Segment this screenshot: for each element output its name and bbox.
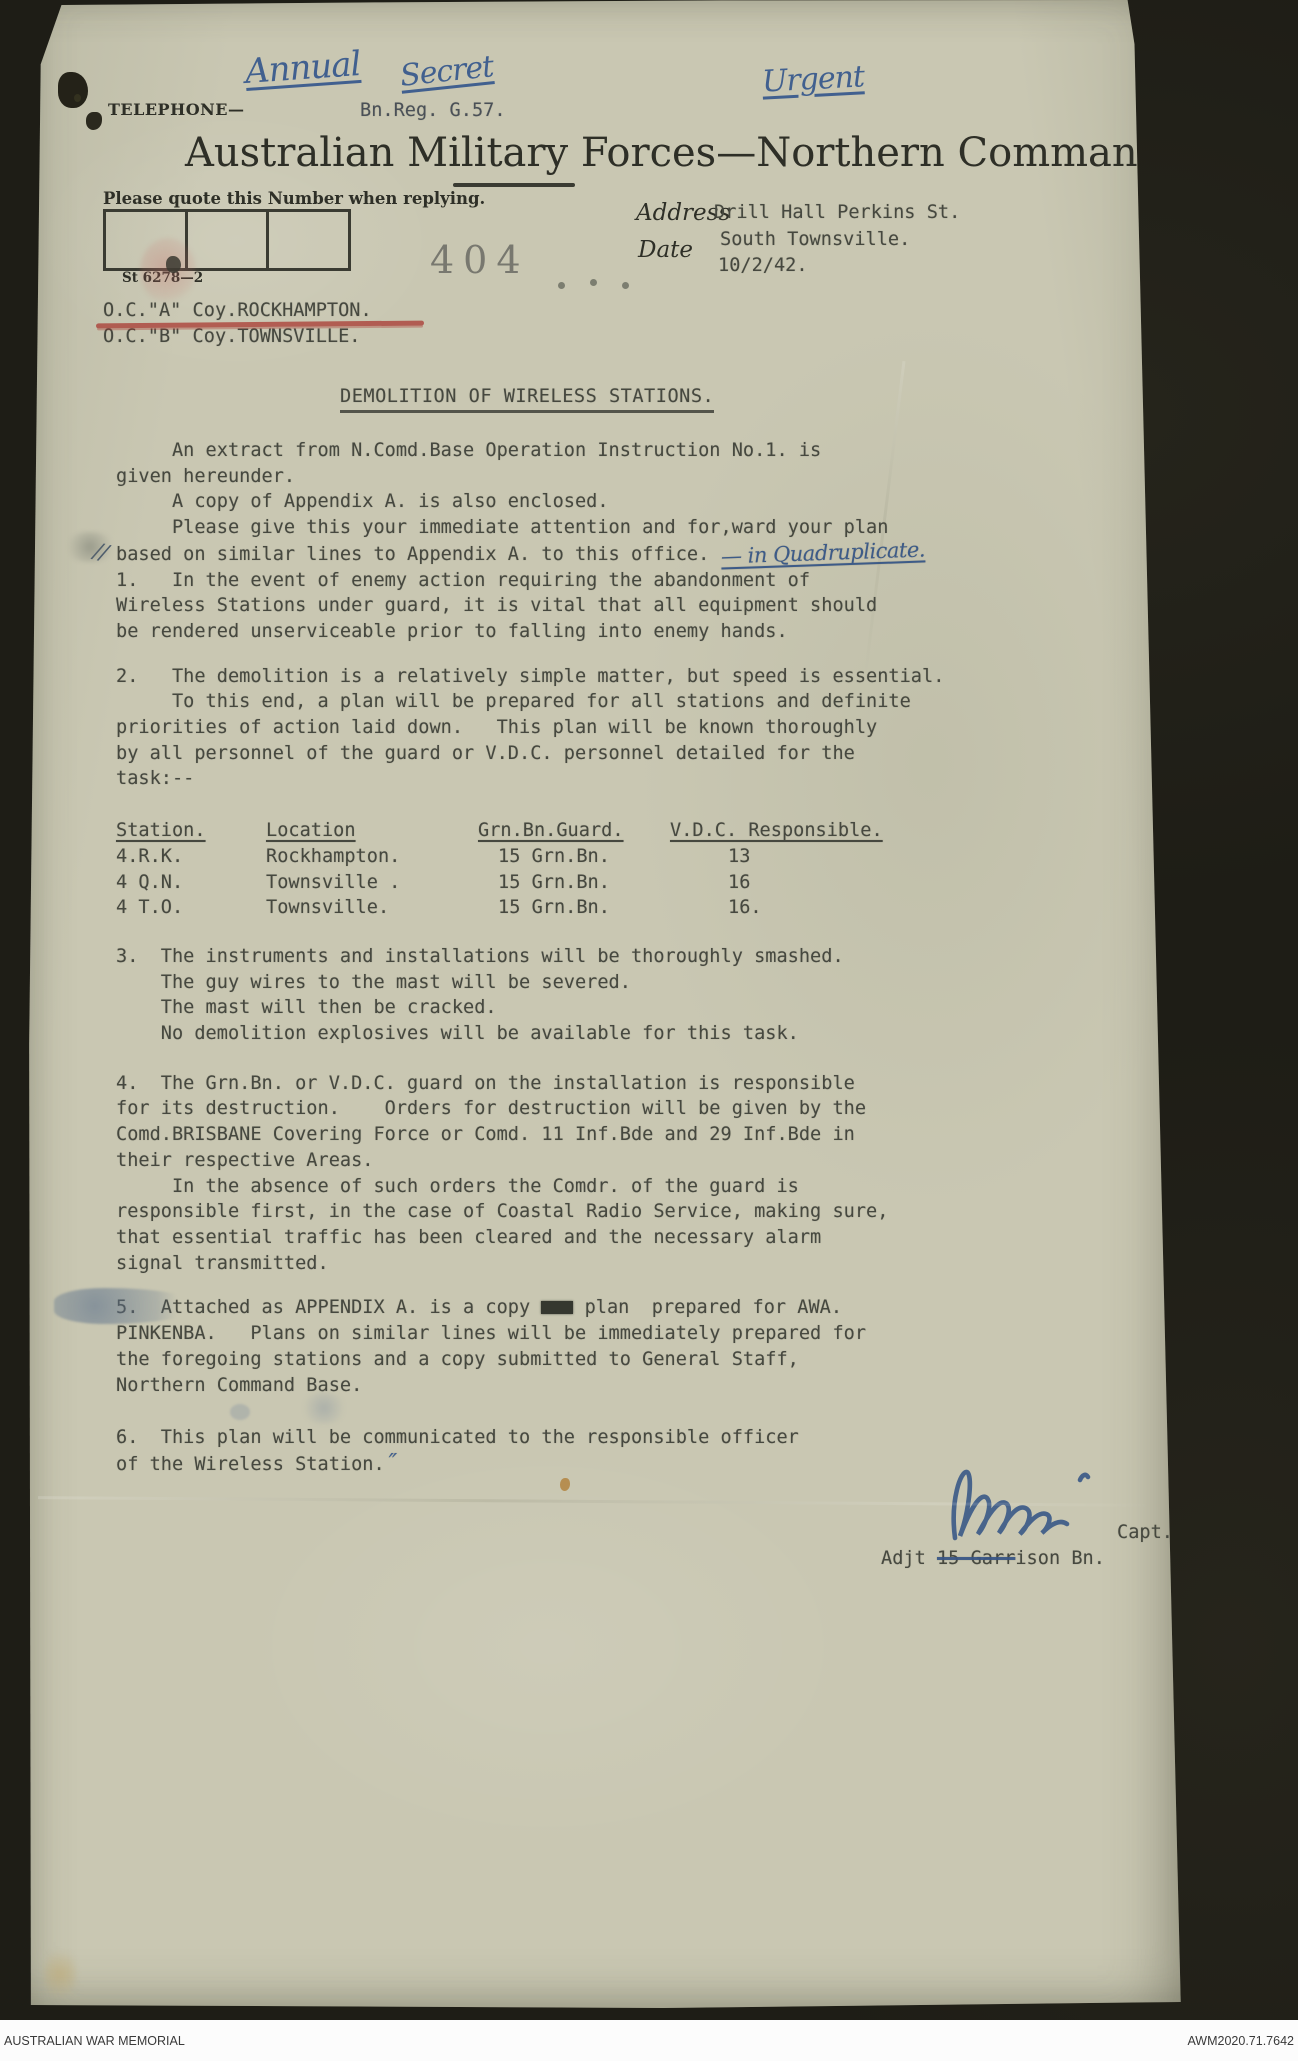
archive-id: AWM2020.71.7642 xyxy=(1187,2034,1294,2048)
body-line: No demolition explosives will be availab… xyxy=(116,1021,1036,1047)
body-line: signal transmitted. xyxy=(116,1251,1036,1277)
letterhead-title: Australian Military Forces—Northern Comm… xyxy=(185,130,1176,176)
body-line: Wireless Stations under guard, it is vit… xyxy=(116,593,1036,619)
handwritten-quadruplicate-insertion: — in Quadruplicate. xyxy=(721,537,926,570)
body-line: Northern Command Base. xyxy=(116,1373,1036,1399)
body-line: that essential traffic has been cleared … xyxy=(116,1225,1036,1251)
ink-speck xyxy=(86,112,102,130)
body-line: of the Wireless Station. xyxy=(116,1454,385,1475)
body-line: plan prepared for AWA. xyxy=(573,1297,842,1318)
signatory-unit-line: Adjt 15 Garrison Bn. xyxy=(881,1546,1105,1572)
date-value: 10/2/42. xyxy=(718,253,808,279)
form-code: St 6278—2 xyxy=(122,270,203,286)
yellow-stain xyxy=(44,1946,76,2002)
received-number-stamp: 404 xyxy=(430,238,530,282)
recipient-1: O.C."A" Coy.ROCKHAMPTON. xyxy=(103,298,372,324)
cell-station: 4 Q.N. xyxy=(116,870,266,896)
body-line: An extract from N.Comd.Base Operation In… xyxy=(116,438,1036,464)
body-line: 1. In the event of enemy action requirin… xyxy=(116,568,1036,594)
number-box-cell xyxy=(269,212,348,268)
margin-insertion-mark: // xyxy=(91,539,109,566)
cell-vdc: 16 xyxy=(670,870,750,896)
handwritten-annotation-1: Annual xyxy=(244,44,362,92)
grey-smudge xyxy=(62,532,118,562)
body-line: Comd.BRISBANE Covering Force or Comd. 11… xyxy=(116,1122,1036,1148)
body-line-with-quote: of the Wireless Station.″ xyxy=(116,1451,1036,1478)
cell-vdc: 13 xyxy=(670,844,750,870)
unit-suffix: ison Bn. xyxy=(1015,1548,1105,1569)
body-line: their respective Areas. xyxy=(116,1148,1036,1174)
archive-name: AUSTRALIAN WAR MEMORIAL xyxy=(4,2034,185,2048)
cell-location: Rockhampton. xyxy=(266,844,478,870)
body-line: 2. The demolition is a relatively simple… xyxy=(116,664,1036,690)
address-line-1: Drill Hall Perkins St. xyxy=(714,200,960,226)
quote-number-instruction: Please quote this Number when replying. xyxy=(103,189,485,208)
telephone-label: TELEPHONE— xyxy=(108,100,244,119)
body-line: PINKENBA. Plans on similar lines will be… xyxy=(116,1321,1036,1347)
table-row: 4 T.O.Townsville.15 Grn.Bn.16. xyxy=(116,895,1036,921)
orange-speck xyxy=(560,1478,570,1491)
body-line: 5. Attached as APPENDIX A. is a copy xyxy=(116,1297,541,1318)
body-line: priorities of action laid down. This pla… xyxy=(116,715,1036,741)
address-line-2: South Townsville. xyxy=(720,227,910,253)
type-speck xyxy=(622,282,629,289)
overtyped-redaction xyxy=(541,1301,573,1314)
paragraph-intro: An extract from N.Comd.Base Operation In… xyxy=(116,438,1036,645)
body-line: 3. The instruments and installations wil… xyxy=(116,944,1036,970)
paragraph-6: 6. This plan will be communicated to the… xyxy=(116,1425,1036,1477)
cell-guard: 15 Grn.Bn. xyxy=(478,870,670,896)
date-label: Date xyxy=(638,237,693,263)
body-line: A copy of Appendix A. is also enclosed. xyxy=(116,489,1036,515)
subject-line: DEMOLITION OF WIRELESS STATIONS. xyxy=(340,386,714,413)
cell-location: Townsville. xyxy=(266,895,478,921)
cell-guard: 15 Grn.Bn. xyxy=(478,844,670,870)
cell-guard: 15 Grn.Bn. xyxy=(478,895,670,921)
signatory-rank: Capt. xyxy=(1117,1520,1173,1546)
title-rule xyxy=(453,183,575,187)
letter-page: Annual Secret Urgent TELEPHONE— Bn.Reg. … xyxy=(28,0,1183,2008)
body-line: the foregoing stations and a copy submit… xyxy=(116,1347,1036,1373)
body-line: Please give this your immediate attentio… xyxy=(116,515,1036,541)
letter-body: An extract from N.Comd.Base Operation In… xyxy=(116,438,1036,1478)
col-header-vdc: V.D.C. Responsible. xyxy=(670,818,883,844)
registry-number: Bn.Reg. G.57. xyxy=(360,98,506,124)
col-header-location: Location xyxy=(266,818,478,844)
body-line: To this end, a plan will be prepared for… xyxy=(116,689,1036,715)
body-line: 6. This plan will be communicated to the… xyxy=(116,1425,1036,1451)
archive-footer-bar: AUSTRALIAN WAR MEMORIAL AWM2020.71.7642 xyxy=(0,2020,1298,2061)
number-box-cell xyxy=(188,212,270,268)
torn-edge-mark xyxy=(58,72,88,108)
body-line: In the absence of such orders the Comdr.… xyxy=(116,1174,1036,1200)
body-line: 4. The Grn.Bn. or V.D.C. guard on the in… xyxy=(116,1071,1036,1097)
paragraph-4: 4. The Grn.Bn. or V.D.C. guard on the in… xyxy=(116,1071,1036,1277)
col-header-guard: Grn.Bn.Guard. xyxy=(478,818,670,844)
ink-speck xyxy=(74,94,81,102)
body-line-with-insertion: based on similar lines to Appendix A. to… xyxy=(116,541,1036,568)
body-line: The guy wires to the mast will be severe… xyxy=(116,970,1036,996)
body-line: based on similar lines to Appendix A. to… xyxy=(116,544,709,565)
body-line: The mast will then be cracked. xyxy=(116,995,1036,1021)
handwritten-closing-quote: ″ xyxy=(389,1450,397,1476)
cell-station: 4 T.O. xyxy=(116,895,266,921)
number-box-cell xyxy=(106,212,188,268)
unit-struck-text: 15 Garr xyxy=(937,1548,1015,1569)
cell-location: Townsville . xyxy=(266,870,478,896)
signature-scrawl xyxy=(945,1458,1135,1556)
paragraph-5: 5. Attached as APPENDIX A. is a copy pla… xyxy=(116,1295,1036,1398)
cell-station: 4.R.K. xyxy=(116,844,266,870)
handwritten-annotation-urgent: Urgent xyxy=(761,59,865,99)
unit-prefix: Adjt xyxy=(881,1548,937,1569)
body-line: by all personnel of the guard or V.D.C. … xyxy=(116,741,1036,767)
paragraph-3: 3. The instruments and installations wil… xyxy=(116,944,1036,1047)
reference-number-box xyxy=(103,209,351,271)
stations-table: Station.LocationGrn.Bn.Guard.V.D.C. Resp… xyxy=(116,818,1036,921)
body-line: responsible first, in the case of Coasta… xyxy=(116,1199,1036,1225)
paragraph-2: 2. The demolition is a relatively simple… xyxy=(116,664,1036,793)
type-speck xyxy=(590,279,597,286)
type-speck xyxy=(558,282,565,289)
handwritten-annotation-2: Secret xyxy=(398,49,494,94)
body-line: given hereunder. xyxy=(116,464,1036,490)
cell-vdc: 16. xyxy=(670,895,762,921)
col-header-station: Station. xyxy=(116,818,266,844)
body-line: for its destruction. Orders for destruct… xyxy=(116,1096,1036,1122)
table-row: 4 Q.N.Townsville .15 Grn.Bn.16 xyxy=(116,870,1036,896)
body-line-with-redaction: 5. Attached as APPENDIX A. is a copy pla… xyxy=(116,1295,1036,1321)
scan-background: Annual Secret Urgent TELEPHONE— Bn.Reg. … xyxy=(0,0,1298,2061)
table-header-row: Station.LocationGrn.Bn.Guard.V.D.C. Resp… xyxy=(116,818,1036,844)
body-line: task:-- xyxy=(116,766,1036,792)
table-row: 4.R.K.Rockhampton.15 Grn.Bn.13 xyxy=(116,844,1036,870)
body-line: be rendered unserviceable prior to falli… xyxy=(116,619,1036,645)
